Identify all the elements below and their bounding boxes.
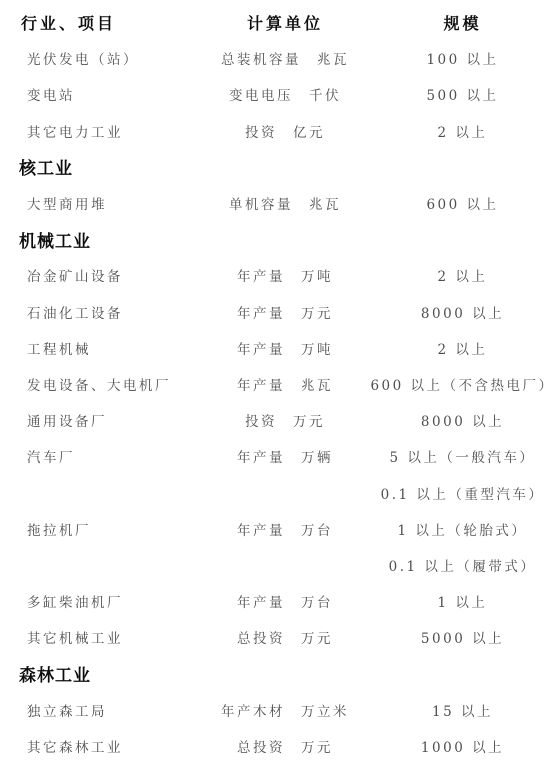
cell-scale: 2 以上	[365, 338, 560, 358]
cell-industry: 大型商用堆	[0, 193, 205, 213]
cell-unit: 总投资 万元	[205, 627, 365, 647]
cell-scale: 600 以上（不含热电厂）	[365, 374, 560, 394]
cell-unit: 年产量 万辆	[205, 446, 365, 466]
cell-industry: 独立森工局	[0, 700, 205, 720]
cell-scale: 1000 以上	[365, 736, 560, 756]
cell-industry: 汽车厂	[0, 446, 205, 466]
cell-unit: 变电电压 千伏	[205, 84, 365, 104]
cell-unit: 单机容量 兆瓦	[205, 193, 365, 213]
table-row: 通用设备厂 投资 万元 8000 以上	[0, 402, 560, 438]
table-row: 多缸柴油机厂 年产量 万台 1 以上	[0, 583, 560, 619]
cell-industry: 其它机械工业	[0, 627, 205, 647]
cell-scale: 1 以上（轮胎式）	[365, 519, 560, 539]
cell-unit: 年产量 万吨	[205, 338, 365, 358]
cell-industry: 发电设备、大电机厂	[0, 374, 205, 394]
cell-unit: 总投资 万元	[205, 736, 365, 756]
industry-scale-document: 行业、项目 计算单位 规模 光伏发电（站） 总装机容量 兆瓦 100 以上 变电…	[0, 0, 560, 767]
cell-unit: 总装机容量 兆瓦	[205, 48, 365, 68]
section-title: 森林工业	[0, 661, 91, 686]
cell-scale: 15 以上	[365, 700, 560, 720]
cell-industry: 工程机械	[0, 338, 205, 358]
cell-unit: 年产量 万台	[205, 591, 365, 611]
table-row: 其它电力工业 投资 亿元 2 以上	[0, 113, 560, 149]
cell-industry: 冶金矿山设备	[0, 265, 205, 285]
table-row: 其它森林工业 总投资 万元 1000 以上	[0, 728, 560, 764]
cell-unit: 年产量 万元	[205, 302, 365, 322]
cell-industry: 其它森林工业	[0, 736, 205, 756]
cell-industry: 变电站	[0, 84, 205, 104]
cell-scale: 2 以上	[365, 265, 560, 285]
cell-unit: 年产木材 万立米	[205, 700, 365, 720]
table-row: 独立森工局 年产木材 万立米 15 以上	[0, 692, 560, 728]
cell-industry: 拖拉机厂	[0, 519, 205, 539]
table-header-row: 行业、项目 计算单位 规模	[0, 4, 560, 40]
cell-unit: 年产量 万台	[205, 519, 365, 539]
section-header-row: 机械工业	[0, 221, 560, 257]
cell-unit: 投资 万元	[205, 410, 365, 430]
table-row: 拖拉机厂 年产量 万台 1 以上（轮胎式）	[0, 511, 560, 547]
column-header-industry-project: 行业、项目	[0, 11, 205, 34]
cell-unit: 投资 亿元	[205, 121, 365, 141]
cell-unit: 年产量 万吨	[205, 265, 365, 285]
table-row: 工程机械 年产量 万吨 2 以上	[0, 330, 560, 366]
cell-scale: 5000 以上	[365, 627, 560, 647]
section-header-row: 森林工业	[0, 655, 560, 691]
cell-scale: 100 以上	[365, 48, 560, 68]
cell-scale: 8000 以上	[365, 410, 560, 430]
cell-scale: 2 以上	[365, 121, 560, 141]
section-header-row: 核工业	[0, 149, 560, 185]
cell-scale: 500 以上	[365, 84, 560, 104]
cell-industry: 光伏发电（站）	[0, 48, 205, 68]
cell-unit: 年产量 兆瓦	[205, 374, 365, 394]
section-title: 机械工业	[0, 227, 91, 252]
table-row: 石油化工设备 年产量 万元 8000 以上	[0, 294, 560, 330]
cell-scale: 8000 以上	[365, 302, 560, 322]
table-row: 变电站 变电电压 千伏 500 以上	[0, 76, 560, 112]
table-row: 0.1 以上（重型汽车）	[0, 474, 560, 510]
table-body: 光伏发电（站） 总装机容量 兆瓦 100 以上 变电站 变电电压 千伏 500 …	[0, 40, 560, 764]
cell-industry: 其它电力工业	[0, 121, 205, 141]
table-row: 0.1 以上（履带式）	[0, 547, 560, 583]
cell-scale: 0.1 以上（重型汽车）	[365, 483, 560, 503]
table-row: 汽车厂 年产量 万辆 5 以上（一般汽车）	[0, 438, 560, 474]
table-row: 冶金矿山设备 年产量 万吨 2 以上	[0, 257, 560, 293]
cell-industry: 石油化工设备	[0, 302, 205, 322]
cell-scale: 1 以上	[365, 591, 560, 611]
section-title: 核工业	[0, 154, 73, 179]
cell-scale: 5 以上（一般汽车）	[365, 446, 560, 466]
table-row: 光伏发电（站） 总装机容量 兆瓦 100 以上	[0, 40, 560, 76]
column-header-calc-unit: 计算单位	[205, 11, 365, 34]
cell-industry: 多缸柴油机厂	[0, 591, 205, 611]
table-row: 发电设备、大电机厂 年产量 兆瓦 600 以上（不含热电厂）	[0, 366, 560, 402]
column-header-scale: 规模	[365, 11, 560, 34]
cell-scale: 0.1 以上（履带式）	[365, 555, 560, 575]
table-row: 大型商用堆 单机容量 兆瓦 600 以上	[0, 185, 560, 221]
cell-scale: 600 以上	[365, 193, 560, 213]
table-row: 其它机械工业 总投资 万元 5000 以上	[0, 619, 560, 655]
cell-industry: 通用设备厂	[0, 410, 205, 430]
